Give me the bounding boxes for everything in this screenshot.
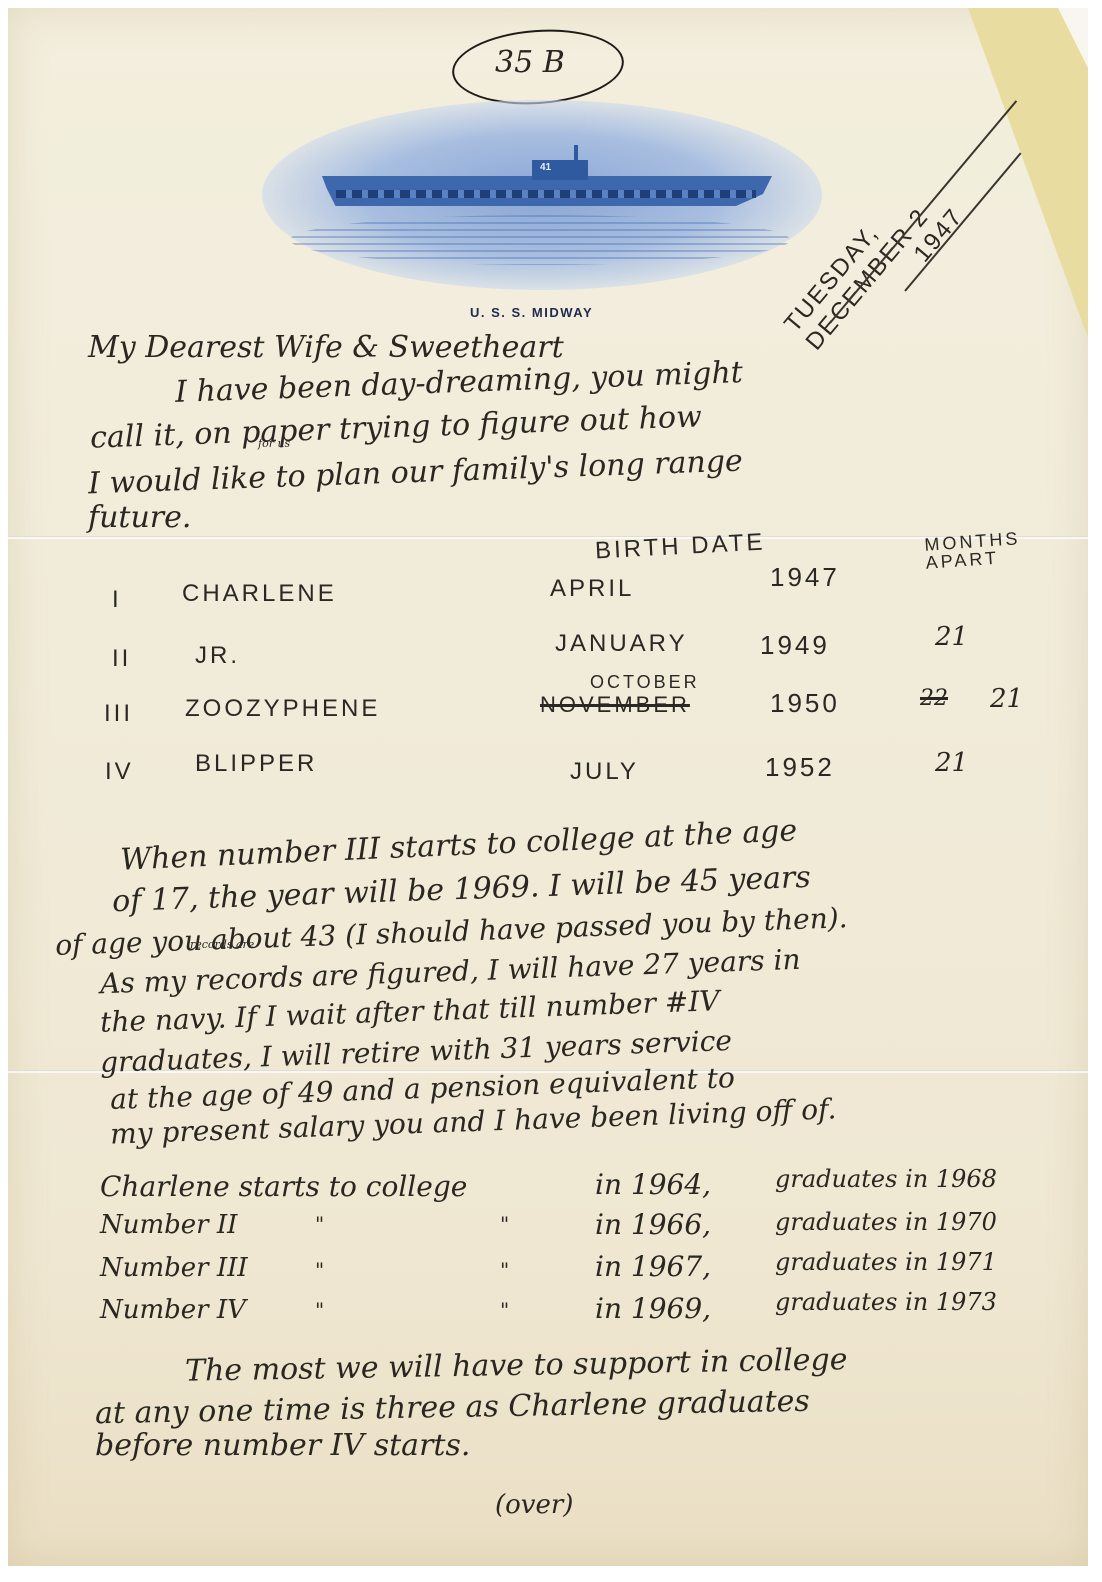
schedule-grad: graduates in 1970 <box>775 1208 997 1236</box>
carrier-mast-icon <box>574 145 578 165</box>
row-months-apart: 21 <box>935 748 968 778</box>
schedule-who: Number II <box>100 1210 237 1240</box>
row-name: CHARLENE <box>182 580 337 608</box>
row-year: 1952 <box>765 752 835 783</box>
row-month: JULY <box>570 758 639 786</box>
row-month-struck: NOVEMBER <box>540 692 690 718</box>
row-year: 1950 <box>770 688 840 719</box>
ditto-mark: " <box>315 1212 324 1236</box>
schedule-who: Charlene starts to college <box>100 1170 467 1203</box>
row-months-apart-struck: 22 <box>920 686 948 711</box>
ditto-mark: " <box>500 1212 509 1236</box>
schedule-who: Number IV <box>100 1295 246 1325</box>
ditto-mark: " <box>500 1298 509 1322</box>
sea-waves-icon <box>290 215 790 265</box>
ditto-mark: " <box>315 1298 324 1322</box>
folded-corner-highlight <box>1058 8 1088 68</box>
schedule-start: in 1964, <box>595 1168 711 1201</box>
schedule-grad: graduates in 1968 <box>775 1165 997 1193</box>
closing-line-3: before number IV starts. <box>95 1428 470 1463</box>
row-numeral: IV <box>105 758 134 786</box>
row-numeral: III <box>104 700 133 728</box>
row-year: 1949 <box>760 630 830 661</box>
insertion-records-are: records are <box>190 938 254 951</box>
row-year: 1947 <box>770 562 840 593</box>
ditto-mark: " <box>315 1258 324 1282</box>
row-months-apart: 21 <box>935 622 968 652</box>
schedule-start: in 1969, <box>595 1292 711 1325</box>
reference-mark: 35 B <box>495 45 565 80</box>
row-month-corrected: OCTOBER <box>590 672 700 693</box>
row-name: JR. <box>195 642 240 670</box>
row-numeral: I <box>112 586 122 614</box>
schedule-grad: graduates in 1971 <box>775 1248 997 1276</box>
hangar-deck-detail <box>336 190 756 198</box>
letterhead-caption: U. S. S. MIDWAY <box>470 305 593 320</box>
schedule-start: in 1966, <box>595 1208 711 1241</box>
row-month: JANUARY <box>555 630 688 658</box>
schedule-start: in 1967, <box>595 1250 711 1283</box>
schedule-grad: graduates in 1973 <box>775 1288 997 1316</box>
row-month: APRIL <box>550 575 634 603</box>
row-months-apart: 21 <box>990 684 1023 714</box>
row-name: ZOOZYPHENE <box>185 695 380 723</box>
row-numeral: II <box>112 645 131 673</box>
intro-line-4: future. <box>88 500 191 535</box>
ditto-mark: " <box>500 1258 509 1282</box>
hull-number: 41 <box>540 162 551 173</box>
header-months-apart: MONTHS APART <box>924 528 1036 572</box>
insertion-for-us: for us <box>258 437 290 450</box>
salutation: My Dearest Wife & Sweetheart <box>88 330 564 365</box>
row-name: BLIPPER <box>195 750 317 778</box>
over-note: (over) <box>495 1490 573 1520</box>
schedule-who: Number III <box>100 1253 248 1283</box>
